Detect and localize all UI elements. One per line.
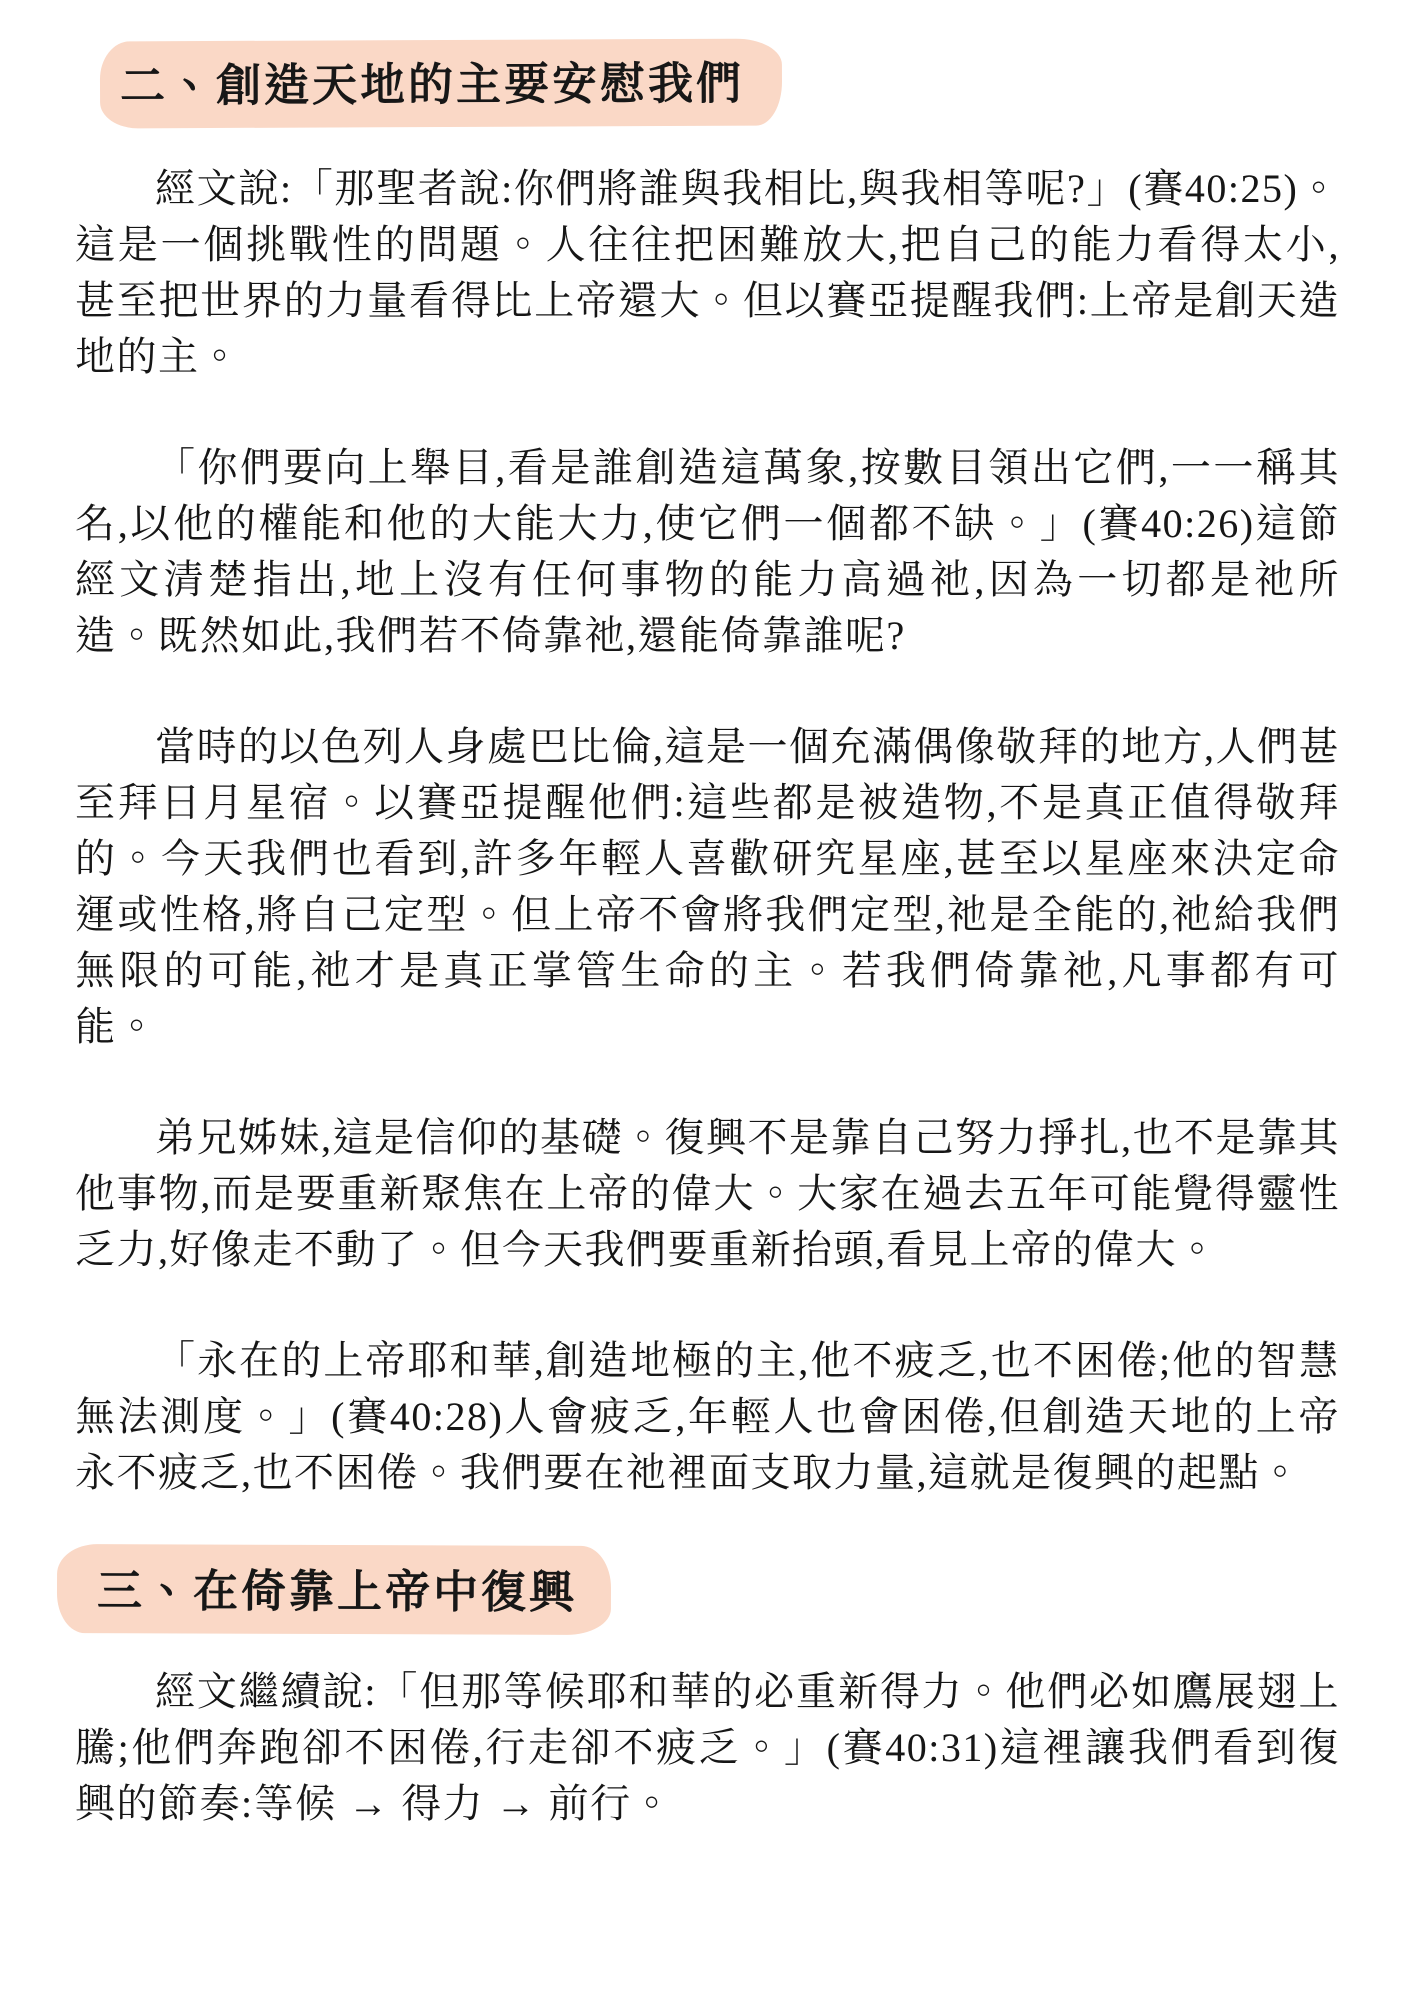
document-page: 二、創造天地的主要安慰我們 經文說:「那聖者說:你們將誰與我相比,與我相等呢?」…: [0, 0, 1414, 2000]
heading-highlight: 三、在倚靠上帝中復興: [57, 1544, 611, 1635]
section-heading-3: 三、在倚靠上帝中復興: [57, 1545, 1340, 1634]
paragraph: 經文說:「那聖者說:你們將誰與我相比,與我相等呢?」(賽40:25)。這是一個挑…: [75, 161, 1340, 385]
heading-highlight: 二、創造天地的主要安慰我們: [100, 39, 782, 129]
section-creation-comfort: 二、創造天地的主要安慰我們 經文說:「那聖者說:你們將誰與我相比,與我相等呢?」…: [75, 40, 1340, 1501]
paragraph: 弟兄姊妹,這是信仰的基礎。復興不是靠自己努力掙扎,也不是靠其他事物,而是要重新聚…: [75, 1110, 1340, 1278]
section-body: 經文繼續說:「但那等候耶和華的必重新得力。他們必如鷹展翅上騰;他們奔跑卻不困倦,…: [75, 1664, 1340, 1832]
paragraph: 當時的以色列人身處巴比倫,這是一個充滿偶像敬拜的地方,人們甚至拜日月星宿。以賽亞…: [75, 719, 1340, 1055]
paragraph: 「你們要向上舉目,看是誰創造這萬象,按數目領出它們,一一稱其名,以他的權能和他的…: [75, 440, 1340, 664]
paragraph: 「永在的上帝耶和華,創造地極的主,他不疲乏,也不困倦;他的智慧無法測度。」(賽4…: [75, 1333, 1340, 1501]
section-revival-in-reliance: 三、在倚靠上帝中復興 經文繼續說:「但那等候耶和華的必重新得力。他們必如鷹展翅上…: [75, 1545, 1340, 1832]
paragraph: 經文繼續說:「但那等候耶和華的必重新得力。他們必如鷹展翅上騰;他們奔跑卻不困倦,…: [75, 1664, 1340, 1832]
section-body: 經文說:「那聖者說:你們將誰與我相比,與我相等呢?」(賽40:25)。這是一個挑…: [75, 161, 1340, 1501]
section-heading-2: 二、創造天地的主要安慰我們: [100, 40, 1340, 127]
